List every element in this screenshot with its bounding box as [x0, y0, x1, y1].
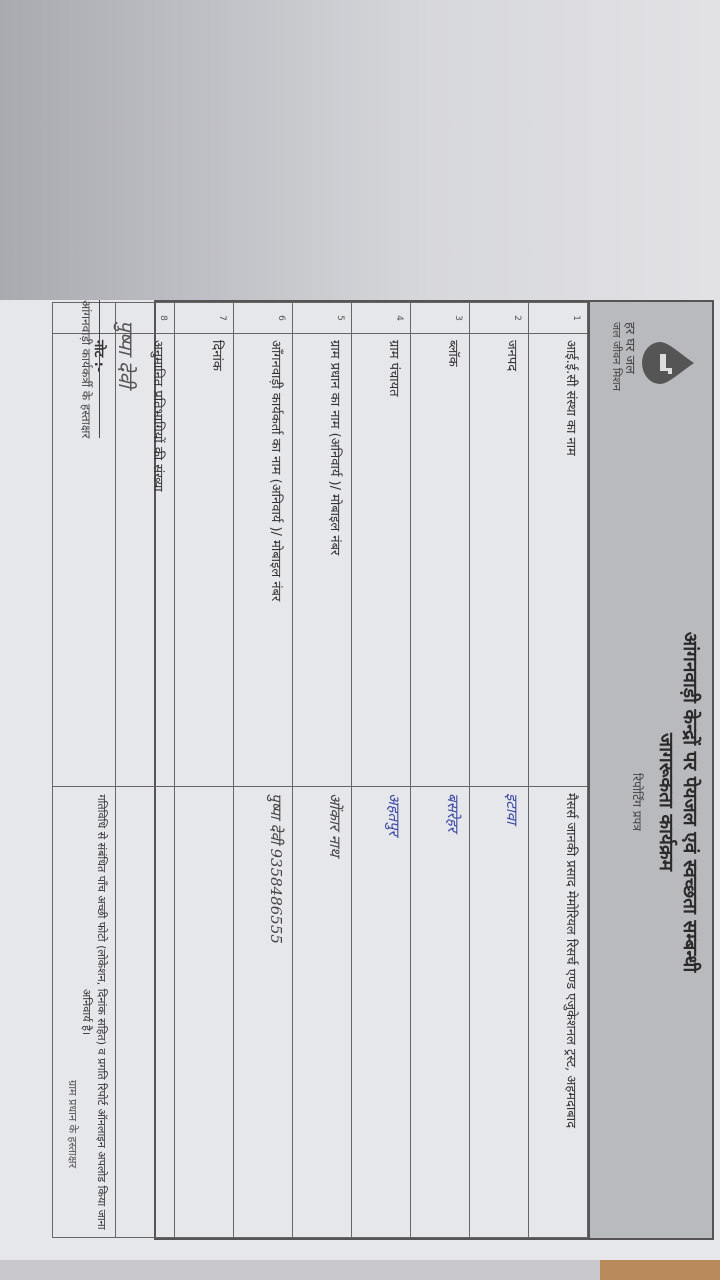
note-text: गतिविधि से संबंधित पाँच अच्छी फोटो (लोके… [53, 787, 116, 1238]
row-value-text: पुष्पा देवी 9358486555 [267, 793, 285, 944]
row-label: दिनांक [175, 334, 234, 787]
table-row: 6आँगनवाड़ी कार्यकर्ता का नाम (अनिवार्य )… [234, 303, 293, 1238]
row-label: आँगनवाड़ी कार्यकर्ता का नाम (अनिवार्य )/… [234, 334, 293, 787]
title-line1: आंगनवाड़ी केन्द्रों पर पेयजल एवं स्वच्छत… [678, 522, 702, 1082]
row-value-text: मैसर्स जानकी प्रसाद मेमोरियल रिसर्च एण्ड… [563, 793, 578, 1128]
row-label: अनुमानित प्रतिभागियों की संख्या [116, 334, 175, 787]
row-value-text: बसरेहर [444, 793, 462, 832]
row-value-text: अहतपुर [385, 793, 403, 836]
page-title: आंगनवाड़ी केन्द्रों पर पेयजल एवं स्वच्छत… [654, 522, 702, 1082]
table-row: 8अनुमानित प्रतिभागियों की संख्या [116, 303, 175, 1238]
signature-caption: आंगनवाड़ी कार्यकर्त्री के हस्ताक्षर [78, 300, 100, 438]
logo-line1: हर घर जल [623, 322, 636, 391]
form-header: हर घर जल जल जीवन मिशन आंगनवाड़ी केन्द्रो… [588, 302, 712, 1238]
row-number: 3 [411, 303, 470, 334]
row-label: जनपद [470, 334, 529, 787]
row-label: ग्राम प्रधान का नाम (अनिवार्य )/ मोबाइल … [293, 334, 352, 787]
form-subtitle: रिपोर्टिंग प्रपत्र [629, 522, 646, 1082]
row-value[interactable]: बसरेहर [411, 787, 470, 1238]
row-number: 6 [234, 303, 293, 334]
row-number: 2 [470, 303, 529, 334]
table-row: 1आई.ई.सी संस्था का नाममैसर्स जानकी प्रसा… [529, 303, 588, 1238]
row-value[interactable] [175, 787, 234, 1238]
row-number: 1 [529, 303, 588, 334]
row-value[interactable]: पुष्पा देवी 9358486555 [234, 787, 293, 1238]
row-value[interactable]: इटावा [470, 787, 529, 1238]
row-value[interactable]: मैसर्स जानकी प्रसाद मेमोरियल रिसर्च एण्ड… [529, 787, 588, 1238]
row-value-text: इटावा [503, 793, 521, 824]
report-form: हर घर जल जल जीवन मिशन आंगनवाड़ी केन्द्रो… [154, 300, 714, 1240]
form-table: 1आई.ई.सी संस्था का नाममैसर्स जानकी प्रसा… [52, 302, 588, 1238]
signature-handwritten: पुष्पा देवी [113, 320, 140, 388]
background-shadow [0, 0, 720, 300]
row-value-text: ओंकार नाथ [326, 793, 344, 856]
row-label: ब्लॉक [411, 334, 470, 787]
table-row: 5ग्राम प्रधान का नाम (अनिवार्य )/ मोबाइल… [293, 303, 352, 1238]
row-value[interactable]: ओंकार नाथ [293, 787, 352, 1238]
row-number: 7 [175, 303, 234, 334]
table-row: 2जनपदइटावा [470, 303, 529, 1238]
table-row: 3ब्लॉकबसरेहर [411, 303, 470, 1238]
row-number: 5 [293, 303, 352, 334]
row-label: आई.ई.सी संस्था का नाम [529, 334, 588, 787]
table-row: 4ग्राम पंचायतअहतपुर [352, 303, 411, 1238]
row-number: 4 [352, 303, 411, 334]
row-value[interactable]: अहतपुर [352, 787, 411, 1238]
table-row: 7दिनांक [175, 303, 234, 1238]
row-value[interactable] [116, 787, 175, 1238]
water-drop-tap-icon [642, 336, 696, 390]
note-row: नोट :- गतिविधि से संबंधित पाँच अच्छी फोट… [53, 303, 116, 1238]
title-line2: जागरूकता कार्यक्रम [654, 522, 678, 1082]
row-label: ग्राम पंचायत [352, 334, 411, 787]
logo-line2: जल जीवन मिशन [610, 322, 623, 391]
paper-form: हर घर जल जल जीवन मिशन आंगनवाड़ी केन्द्रो… [0, 300, 720, 1260]
signature-right-caption: ग्राम प्रधान के हस्ताक्षर [65, 1080, 80, 1168]
